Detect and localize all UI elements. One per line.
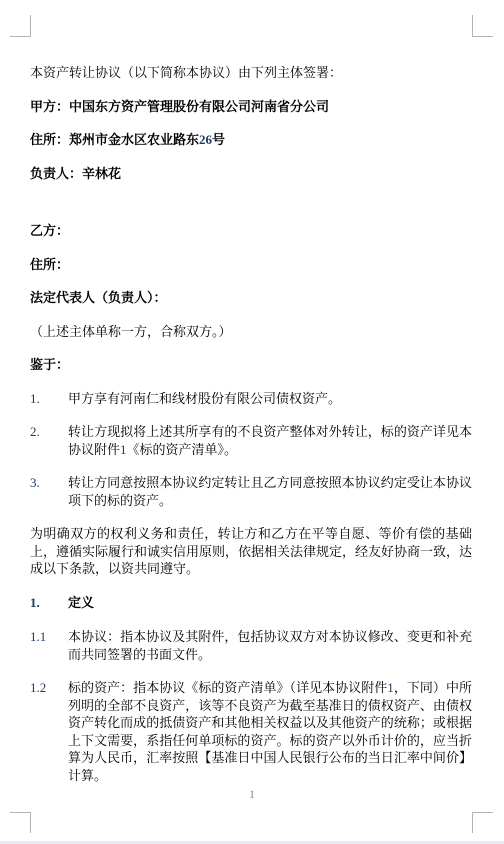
text-run: 号 bbox=[212, 132, 225, 147]
page-number: 1 bbox=[0, 787, 504, 802]
crop-mark-bottom-right bbox=[472, 812, 493, 833]
text-run: 乙方： bbox=[30, 223, 69, 238]
text-run: 本资产转让协议（以下简称本协议）由下列主体签署： bbox=[30, 65, 342, 80]
list-number: 3. bbox=[30, 474, 40, 492]
text-run: 本协议：指本协议及其附件，包括协议双方对本协议修改、变更和补充而共同签署的书面文… bbox=[68, 629, 472, 662]
text-run: 法定代表人（负责人）： bbox=[30, 290, 167, 305]
crop-mark-bottom-left bbox=[10, 812, 31, 833]
paragraph: 为明确双方的权利义务和责任，转让方和乙方在平等自愿、等价有偿的基础上，遵循实际履… bbox=[30, 525, 472, 578]
text-run: 26 bbox=[199, 132, 212, 147]
paragraph: 1.1本协议：指本协议及其附件，包括协议双方对本协议修改、变更和补充而共同签署的… bbox=[30, 628, 472, 663]
text-run: 《标的资产清单》。 bbox=[127, 442, 238, 457]
text-run: 甲方享有河南仁和线材股份有限公司债权资产。 bbox=[68, 391, 341, 406]
paragraph: 1.甲方享有河南仁和线材股份有限公司债权资产。 bbox=[30, 390, 472, 408]
paragraph: 1.定义 bbox=[30, 594, 472, 612]
paragraph: 本资产转让协议（以下简称本协议）由下列主体签署： bbox=[30, 64, 472, 82]
text-area[interactable]: 本资产转让协议（以下简称本协议）由下列主体签署：甲方：中国东方资产管理股份有限公… bbox=[30, 64, 472, 800]
paragraph: 住所：郑州市金水区农业路东26号 bbox=[30, 131, 472, 149]
document-page[interactable]: 本资产转让协议（以下简称本协议）由下列主体签署：甲方：中国东方资产管理股份有限公… bbox=[0, 0, 504, 844]
text-run: 住所：郑州市金水区农业路东 bbox=[30, 132, 199, 147]
paragraph: （上述主体单称一方，合称双方。） bbox=[30, 323, 472, 341]
paragraph: 1.2标的资产：指本协议《标的资产清单》（详见本协议附件1，下同）中所列明的全部… bbox=[30, 679, 472, 784]
list-number: 1. bbox=[30, 390, 40, 408]
paragraph: 乙方： bbox=[30, 222, 472, 240]
paragraph: 2.转让方现拟将上述其所享有的不良资产整体对外转让，标的资产详见本协议附件1《标… bbox=[30, 423, 472, 458]
crop-mark-top-left bbox=[10, 15, 31, 37]
text-run: （上述主体单称一方，合称双方。） bbox=[30, 324, 232, 339]
text-run: ，下同）中所列明的全部不良资产，该等不良资产为截至基准日的债权资产、由债权资产转… bbox=[68, 680, 472, 783]
text-run: 住所： bbox=[30, 257, 69, 272]
text-run: 标的资产：指本协议《标的资产清单》（详见本协议附件 bbox=[68, 680, 387, 695]
paragraph: 鉴于： bbox=[30, 356, 472, 374]
text-run: 定义 bbox=[68, 595, 94, 610]
paragraph: 住所： bbox=[30, 256, 472, 274]
blank-line bbox=[30, 198, 472, 206]
paragraph: 甲方：中国东方资产管理股份有限公司河南省分公司 bbox=[30, 98, 472, 116]
list-number: 1.1 bbox=[30, 628, 46, 646]
paragraph: 3.转让方同意按照本协议约定转让且乙方同意按照本协议约定受让本协议项下的标的资产… bbox=[30, 474, 472, 509]
paragraph: 负责人：辛林花 bbox=[30, 165, 472, 183]
text-run: 鉴于： bbox=[30, 357, 69, 372]
list-number: 2. bbox=[30, 423, 40, 441]
crop-mark-top-right bbox=[472, 15, 493, 37]
paragraph: 法定代表人（负责人）： bbox=[30, 289, 472, 307]
list-number: 1.2 bbox=[30, 679, 46, 697]
text-run: 负责人：辛林花 bbox=[30, 166, 121, 181]
text-run: 甲方：中国东方资产管理股份有限公司河南省分公司 bbox=[30, 99, 329, 114]
list-number: 1. bbox=[30, 594, 40, 612]
text-run: 转让方同意按照本协议约定转让且乙方同意按照本协议约定受让本协议项下的标的资产。 bbox=[68, 475, 472, 508]
text-run: 为明确双方的权利义务和责任，转让方和乙方在平等自愿、等价有偿的基础上，遵循实际履… bbox=[30, 526, 472, 576]
